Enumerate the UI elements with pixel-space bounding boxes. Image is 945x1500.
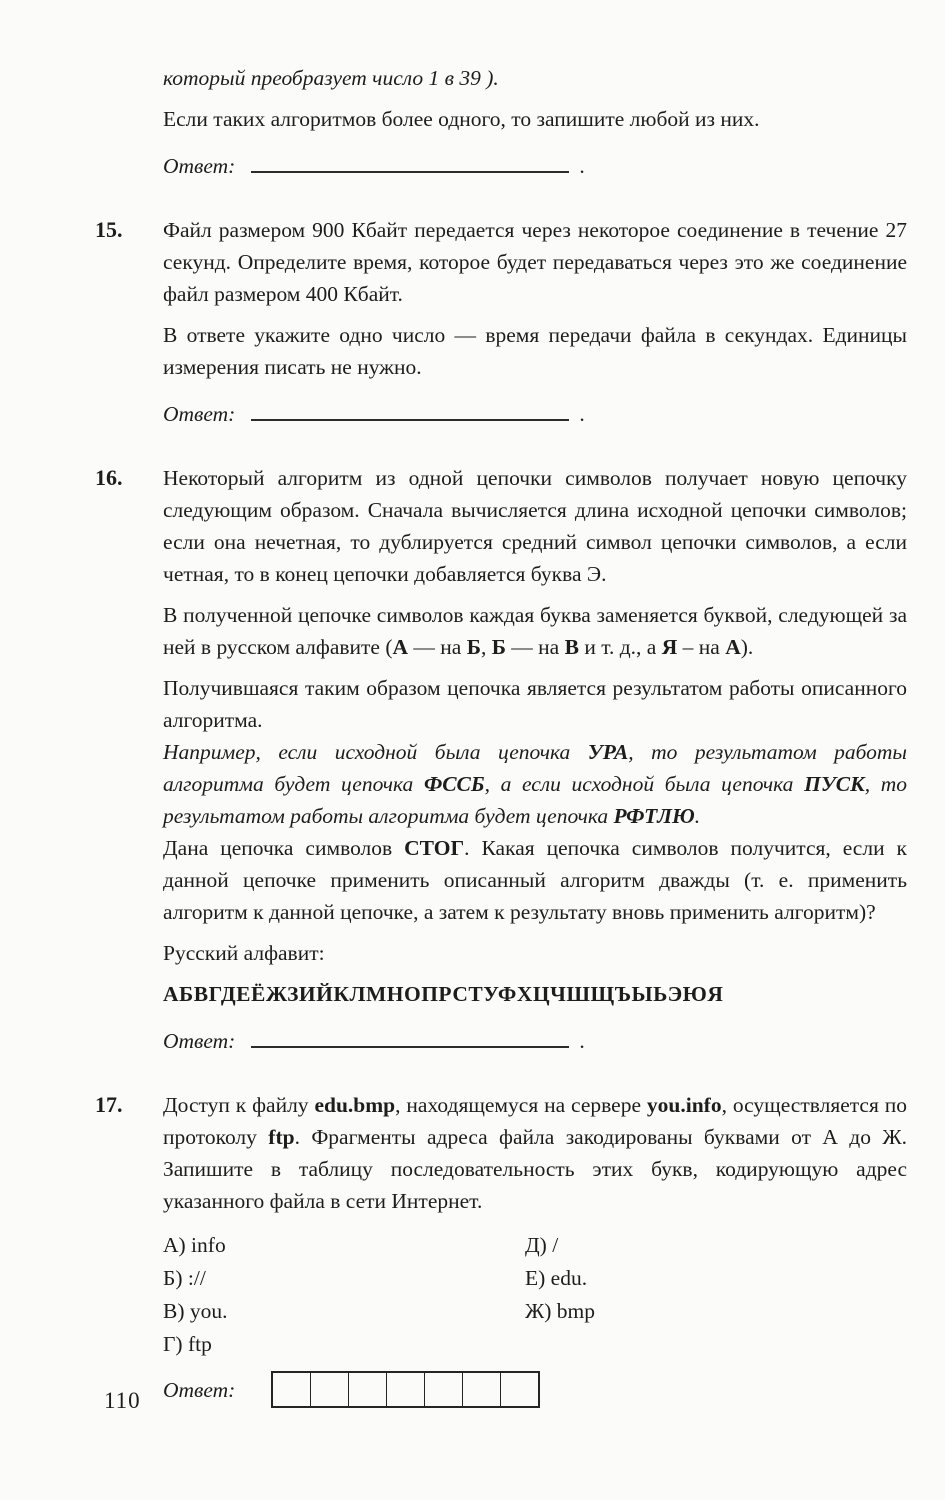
intro-continuation: который преобразует число 1 в 39 ). Если… (163, 62, 907, 182)
text-segment: который преобразует число 1 в 39 ). (163, 66, 499, 90)
text-segment: В (565, 635, 579, 659)
text-segment: Б (467, 635, 481, 659)
text-segment: Файл размером 900 Кбайт передается через… (163, 218, 907, 306)
answer-table-cell (311, 1373, 349, 1406)
answer-table-cell (273, 1373, 311, 1406)
answer-period: . (579, 1029, 584, 1053)
problem-17-body: Доступ к файлу edu.bmp, находящемуся на … (163, 1089, 907, 1408)
text-segment: — на (506, 635, 565, 659)
problem-17: 17. Доступ к файлу edu.bmp, находящемуся… (95, 1089, 907, 1408)
text-segment: – на (677, 635, 725, 659)
answer-row-p15: Ответ:. (163, 398, 907, 430)
text-segment: Русский алфавит: (163, 941, 325, 965)
answer-table-cell (387, 1373, 425, 1406)
answer-row-p16: Ответ:. (163, 1025, 907, 1057)
answer-table-cell (501, 1373, 538, 1406)
answer-label: Ответ: (163, 1374, 235, 1406)
text-segment: Я (662, 635, 678, 659)
text-segment: Б (492, 635, 506, 659)
intro-line-1: который преобразует число 1 в 39 ). (163, 62, 907, 94)
intro-line-2: Если таких алгоритмов более одного, то з… (163, 103, 907, 135)
problem-17-options: А) info Б) :// В) you. Г) ftp Д) / Е) ed… (163, 1229, 907, 1361)
text-segment: . (695, 804, 700, 828)
options-column-right: Д) / Е) edu. Ж) bmp (525, 1229, 907, 1361)
text-segment: СТОГ (404, 836, 464, 860)
problem-16-example: Например, если исходной была цепочка УРА… (163, 736, 907, 832)
text-segment: Например, если исходной была цепочка (163, 740, 588, 764)
answer-blank-line (251, 1034, 569, 1048)
option-zh: Ж) bmp (525, 1295, 907, 1328)
option-d: Д) / (525, 1229, 907, 1262)
answer-period: . (579, 154, 584, 178)
answer-table-cell (425, 1373, 463, 1406)
answer-blank-line (251, 407, 569, 421)
option-a: А) info (163, 1229, 525, 1262)
text-segment: и т. д., а (579, 635, 662, 659)
answer-table (271, 1371, 540, 1408)
text-segment: РФТЛЮ (614, 804, 695, 828)
problem-16-paragraph-3: Получившаяся таким образом цепочка являе… (163, 672, 907, 736)
answer-blank-line (251, 159, 569, 173)
answer-row-intro: Ответ:. (163, 150, 907, 182)
answer-label: Ответ: (163, 1029, 235, 1053)
textbook-page: который преобразует число 1 в 39 ). Если… (0, 0, 945, 1500)
problem-16: 16. Некоторый алгоритм из одной цепочки … (95, 462, 907, 1057)
text-segment: В ответе укажите одно число — время пере… (163, 323, 907, 379)
problem-15-paragraph-2: В ответе укажите одно число — время пере… (163, 319, 907, 383)
text-segment: ФССБ (424, 772, 485, 796)
alphabet-caption: Русский алфавит: (163, 937, 907, 969)
page-number: 110 (104, 1388, 141, 1414)
problem-17-number: 17. (95, 1089, 163, 1408)
problem-16-paragraph-2: В полученной цепочке символов каждая бук… (163, 599, 907, 663)
text-segment: Получившаяся таким образом цепочка являе… (163, 676, 907, 732)
answer-label: Ответ: (163, 402, 235, 426)
answer-table-cell (463, 1373, 501, 1406)
text-segment: ПУСК (804, 772, 865, 796)
problem-15-number: 15. (95, 214, 163, 430)
problem-16-body: Некоторый алгоритм из одной цепочки симв… (163, 462, 907, 1057)
text-segment: edu.bmp (314, 1093, 395, 1117)
answer-row-p17: Ответ: (163, 1371, 907, 1408)
russian-alphabet: АБВГДЕЁЖЗИЙКЛМНОПРСТУФХЦЧШЩЪЫЬЭЮЯ (163, 978, 907, 1010)
problem-16-paragraph-1: Некоторый алгоритм из одной цепочки симв… (163, 462, 907, 590)
text-segment: , (481, 635, 492, 659)
problem-15-body: Файл размером 900 Кбайт передается через… (163, 214, 907, 430)
text-segment: А (393, 635, 409, 659)
text-segment: , а если исходной была цепочка (485, 772, 805, 796)
text-segment: — на (408, 635, 467, 659)
text-segment: Доступ к файлу (163, 1093, 314, 1117)
text-segment: УРА (588, 740, 629, 764)
answer-table-cell (349, 1373, 387, 1406)
text-segment: А (725, 635, 741, 659)
problem-17-paragraph-1: Доступ к файлу edu.bmp, находящемуся на … (163, 1089, 907, 1217)
text-segment: Некоторый алгоритм из одной цепочки симв… (163, 466, 907, 586)
option-v: В) you. (163, 1295, 525, 1328)
text-segment: АБВГДЕЁЖЗИЙКЛМНОПРСТУФХЦЧШЩЪЫЬЭЮЯ (163, 982, 723, 1006)
text-segment: Дана цепочка символов (163, 836, 404, 860)
options-column-left: А) info Б) :// В) you. Г) ftp (163, 1229, 525, 1361)
text-segment: you.info (647, 1093, 722, 1117)
text-segment: ftp (268, 1125, 294, 1149)
problem-15: 15. Файл размером 900 Кбайт передается ч… (95, 214, 907, 430)
option-b: Б) :// (163, 1262, 525, 1295)
problem-16-question: Дана цепочка символов СТОГ. Какая цепочк… (163, 832, 907, 928)
option-e: Е) edu. (525, 1262, 907, 1295)
problem-16-number: 16. (95, 462, 163, 1057)
option-g: Г) ftp (163, 1328, 525, 1361)
text-segment: Если таких алгоритмов более одного, то з… (163, 107, 760, 131)
answer-label: Ответ: (163, 154, 235, 178)
text-segment: , находящемуся на сервере (395, 1093, 647, 1117)
text-segment: ). (741, 635, 754, 659)
answer-period: . (579, 402, 584, 426)
problem-15-paragraph-1: Файл размером 900 Кбайт передается через… (163, 214, 907, 310)
